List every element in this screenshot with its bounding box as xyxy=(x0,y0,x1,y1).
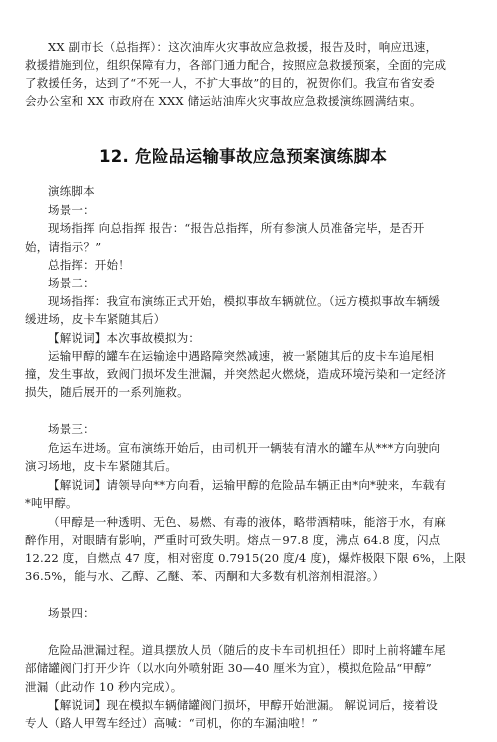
text-line: 专人（路人甲驾车经过）高喊：“司机，你的车漏油啦！” xyxy=(25,716,318,730)
text-line: 醉作用，对眼睛有影响，严重时可致失明。熔点－97.8 度，沸点 64.8 度，闪… xyxy=(25,533,440,547)
text-line: 缓进场，皮卡车紧随其后） xyxy=(25,312,165,326)
scene-heading: 场景一： xyxy=(48,203,95,217)
text-line: 损失，随后展开的一系列施救。 xyxy=(25,385,189,399)
text-line: *吨甲醇。 xyxy=(25,496,78,510)
commentary-line: 【解说词】本次事故模拟为： xyxy=(48,331,200,345)
scene-heading: 场景四： xyxy=(48,606,95,620)
scene-heading: 场景二： xyxy=(48,276,95,290)
text-line: 撞，发生事故，致阀门损坏发生泄漏，并突然起火燃烧，造成环境污染和一定经济 xyxy=(25,367,446,381)
text-line: 部储罐阀门打开少许（以水向外喷射距 30—40 厘米为宜），模拟危险品“甲醇” xyxy=(25,661,432,675)
text-line: 12.22 度，自燃点 47 度，相对密度 0.7915(20 度/4 度)，爆… xyxy=(25,551,466,565)
text-line: 演习场地，皮卡车紧随其后。 xyxy=(25,459,177,473)
text-line: 运输甲醇的罐车在运输途中遇路障突然减速，被一紧随其后的皮卡车追尾相 xyxy=(48,349,434,363)
text-line: 危运车进场。宣布演练开始后，由司机开一辆装有清水的罐车从***方向驶向 xyxy=(48,441,440,455)
document-page: XX 副市长（总指挥）：这次油库火灾事故应急救援，报告及时，响应迅速， 救援措施… xyxy=(0,0,497,742)
text-line: （甲醇是一种透明、无色、易燃、有毒的液体，略带酒精味，能溶于水，有麻 xyxy=(48,515,446,529)
text-line: 总指挥：开始！ xyxy=(48,258,130,272)
text-line: XX 副市长（总指挥）：这次油库火灾事故应急救援，报告及时，响应迅速， xyxy=(48,40,437,54)
text-line: 泄漏（此动作 10 秒内完成）。 xyxy=(25,680,182,694)
text-line: 36.5%，能与水、乙醇、乙醚、苯、丙酮和大多数有机溶剂相混溶。） xyxy=(25,569,384,583)
text-line: 了救援任务，达到了“不死一人，不扩大事故”的目的，祝贺你们。我宣布省安委 xyxy=(25,76,435,90)
text-line: 现场指挥 向总指挥 报告：“报告总指挥，所有参演人员准备完毕，是否开 xyxy=(48,221,425,235)
section-title: 12. 危险品运输事故应急预案演练脚本 xyxy=(99,143,387,167)
commentary-line: 【解说词】请领导向**方向看，运输甲醇的危险品车辆正由*向*驶来，车载有 xyxy=(48,478,446,492)
commentary-line: 【解说词】现在模拟车辆储罐阀门损坏，甲醇开始泄漏。 解说词后，接着设 xyxy=(48,698,438,712)
text-line: 救援措施到位，组织保障有力，各部门通力配合，按照应急救援预案，全面的完成 xyxy=(25,58,446,72)
text-line: 演练脚本 xyxy=(48,184,95,198)
text-line: 会办公室和 XX 市政府在 XXX 储运站油库火灾事故应急救援演练圆满结束。 xyxy=(25,94,422,108)
text-line: 现场指挥：我宣布演练正式开始，模拟事故车辆就位。（远方模拟事故车辆缓 xyxy=(48,294,440,308)
text-line: 危险品泄漏过程。道具摆放人员（随后的皮卡车司机担任）即时上前将罐车尾 xyxy=(48,643,446,657)
scene-heading: 场景三： xyxy=(48,422,95,436)
text-line: 始，请指示？” xyxy=(25,240,101,254)
